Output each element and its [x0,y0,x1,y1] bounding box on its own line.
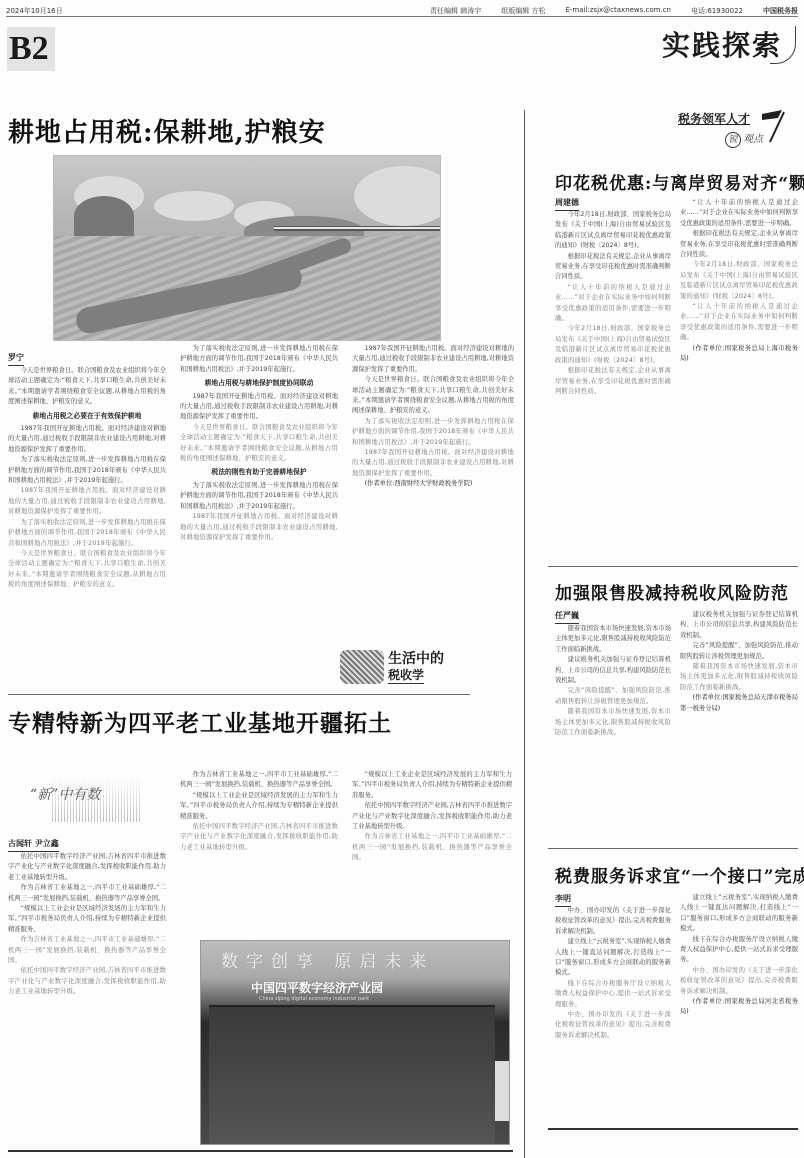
byline-farmland: 罗宁 [8,352,24,366]
column-badge: 税务领军人才 [678,110,750,127]
paragraph-filler: 随着我国资本市场快速发展,资本市场主体更加多元化,限售股减持税收风险防范工作面临… [680,662,798,693]
headline-siping[interactable]: 专精特新为四平老工业基地开疆拓土 [8,705,392,738]
paragraph-filler: 中办、国办印发的《关于进一步深化税收征管改革的意见》提出,完善税费服务诉求解决机… [680,966,798,997]
paragraph-filler: “让人十年前的纳税人是通过企业……”对于企业在实际业务中如何判断享受优惠政策的适… [555,283,671,325]
editor-credit: 责任编辑 韩涛宇 [430,6,481,16]
paragraph-filler: 依托中国四平数字经济产业园,吉林省四平市推进数字产业化与产业数字化深度融合,发挥… [180,822,338,853]
paragraph: “规模以上工业企业是区域经济发展的主力军和生力军。”四平市税务局负责人介绍,持续… [8,904,166,935]
paragraph: 随着我国资本市场快速发展,资本市场主体更加多元化,限售股减持税收风险防范工作面临… [555,624,671,655]
paragraph: 1987年我国开征耕地占用税。面对经济建设对耕地的大量占用,通过税收手段限制非农… [8,424,166,455]
paragraph: 完善“风险提醒”、加强风险防范,推动限售股转让涉税管理更加规范。 [680,641,798,662]
byline-stamp-duty: 周建德 [555,197,579,211]
flag-icon [760,108,788,144]
column-tag-label: “新”中有数 [30,787,100,803]
byline-tax-service: 李明 [555,893,571,907]
photo-display-screen [209,1005,495,1144]
paragraph: 根据印花税法有关规定,企业从事离岸贸易业务,在享受印花税优惠时需准确判断合同性质… [680,229,798,260]
paragraph: 作为吉林省工业基地之一,四平市工业基础雄厚,“二机两三一园”发展换挡,装载机、换… [180,770,338,791]
paragraph: 为了落实税收法定原则,进一步发挥耕地占用税在保护耕地方面的调节作用,我国于201… [180,344,338,375]
farmland-illustration [53,155,441,341]
paragraph: “让人十年前的纳税人是通过企业……”对于企业在实际业务中如何判断享受优惠政策的适… [680,198,798,229]
author-unit: (作者单位:国家税务总局天津市税务局第一税务分局) [680,693,798,714]
tax-service-column-1: 中办、国办印发的《关于进一步深化税收征管改革的意见》提出,完善税费服务诉求解决机… [555,906,671,1126]
badge-line-1: 生活中的 [388,648,444,668]
paragraph: 今年2月18日,财政部、国家税务总局发布《关于中国(上海)自由贸易试验区及临港新… [555,210,671,252]
paper-name: 中国税务报 [763,6,798,16]
byline-restricted-shares: 任严巍 [555,610,579,624]
siping-column-3: “规模以上工业企业是区域经济发展的主力军和生力军。”四平市税务局负责人介绍,持续… [352,770,512,930]
paragraph: 1987年我国开征耕地占用税。面对经济建设对耕地的大量占用,通过税收手段限制非农… [180,392,338,423]
subhead: 税法的刚性有助于完善耕地保护 [180,467,338,477]
paragraph-filler: 中办、国办印发的《关于进一步深化税收征管改革的意见》提出,完善税费服务诉求解决机… [555,1010,671,1041]
paragraph: 线下在综合办税服务厅设立纳税人缴费人权益保护中心,提供一站式诉求受理服务。 [680,935,798,966]
paragraph: “规模以上工业企业是区域经济发展的主力军和生力军。”四平市税务局负责人介绍,持续… [352,770,512,801]
section-divider [548,848,798,849]
headline-stamp-duty[interactable]: 印花税优惠:与离岸贸易对齐“颗粒度” [555,169,804,194]
masthead-rule [6,16,798,17]
restricted-shares-column-1: 随着我国资本市场快速发展,资本市场主体更加多元化,限售股减持税收风险防范工作面临… [555,624,671,834]
section-decoration [770,26,796,64]
farmland-column-2: 为了落实税收法定原则,进一步发挥耕地占用税在保护耕地方面的调节作用,我国于201… [180,344,338,644]
column-badge-sub: 锐观点 [725,130,763,148]
paragraph-filler: 依托中国四平数字经济产业园,吉林省四平市推进数字产业化与产业数字化深度融合,发挥… [8,966,166,997]
page-bottom-rule [548,1128,798,1130]
author-unit: (作者单位:西南财经大学财政税务学院) [352,479,514,489]
tax-service-column-2: 建立线上“云税务室”,实现纳税人缴费人线上一键直达问题解决,打造线上“一口”服务… [680,893,798,1125]
stamp-duty-column-2: “让人十年前的纳税人是通过企业……”对于企业在实际业务中如何判断享受优惠政策的适… [680,198,798,550]
industrial-park-photo: 数字创享 原启未来 中国四平数字经济产业园 China siping digit… [200,940,510,1145]
paragraph: 建立线上“云税务室”,实现纳税人缴费人线上一键直达问题解决,打造线上“一口”服务… [680,893,798,935]
restricted-shares-column-2: 建议税务机关加强与证券登记结算机构、上市公司的信息共享,构建风险防范长效机制。 … [680,610,798,832]
headline-restricted-shares[interactable]: 加强限售股减持税收风险防范 [555,579,789,604]
headline-tax-service[interactable]: 税费服务诉求宜“一个接口”完成 [555,862,804,887]
siping-column-2: 作为吉林省工业基地之一,四平市工业基础雄厚,“二机两三一园”发展换挡,装载机、换… [180,770,338,930]
designer-credit: 组版编辑 方松 [501,6,545,16]
farmland-column-3: 1987年我国开征耕地占用税。面对经济建设对耕地的大量占用,通过税收手段限制非农… [352,344,514,640]
column-tag: “新”中有数 [12,770,132,820]
author-unit: (作者单位:国家税务总局上海市税务局) [680,344,798,365]
paragraph-filler: 为了落实税收法定原则,进一步发挥耕地占用税在保护耕地方面的调节作用,我国于201… [352,417,514,448]
section-divider [8,694,470,695]
badge-circle-icon: 锐 [725,132,741,148]
paragraph-filler: 今天是世界粮食日。联合国粮食及农业组织将今年全球活动主题确定为:“粮食天下,共享… [180,423,338,465]
column-divider [524,110,525,1158]
subhead: 耕地占用税之必要在于有效保护耕地 [8,411,166,421]
byline-siping: 古闻轩 尹立鑫 [8,838,59,852]
paragraph: “规模以上工业企业是区域经济发展的主力军和生力军。”四平市税务局负责人介绍,持续… [180,791,338,822]
paragraph-filler: 作为吉林省工业基地之一,四平市工业基础雄厚,“二机两三一园”发展换挡,装载机、换… [8,935,166,966]
paragraph-filler: 根据印花税法有关规定,企业从事离岸贸易业务,在享受印花税优惠时需准确判断合同性质… [555,366,671,397]
paragraph: 依托中国四平数字经济产业园,吉林省四平市推进数字产业化与产业数字化深度融合,发挥… [8,852,166,883]
paragraph-filler: 1987年我国开征耕地占用税。面对经济建设对耕地的大量占用,通过税收手段限制非农… [8,486,166,517]
paragraph-filler: 线下在综合办税服务厅设立纳税人缴费人权益保护中心,提供一站式诉求受理服务。 [555,979,671,1010]
badge-line-2: 税收学 [388,666,424,684]
photo-wall-slogan: 数字创享 原启未来 [221,947,434,972]
photo-sign-en: China siping digital economy industrial … [259,996,369,1002]
badge-sub-label: 观点 [743,134,763,145]
paragraph: 为了落实税收法定原则,进一步发挥耕地占用税在保护耕地方面的调节作用,我国于201… [180,481,338,512]
headline-farmland[interactable]: 耕地占用税:保耕地,护粮安 [8,112,326,149]
paragraph: 建议税务机关加强与证券登记结算机构、上市公司的信息共享,构建风险防范长效机制。 [555,655,671,686]
paragraph-filler: 今天是世界粮食日。联合国粮食及农业组织将今年全球活动主题确定为:“粮食天下,共享… [8,549,166,591]
paragraph-filler: 随着我国资本市场快速发展,资本市场主体更加多元化,限售股减持税收风险防范工作面临… [555,707,671,738]
paragraph-filler: 作为吉林省工业基地之一,四平市工业基础雄厚,“二机两三一园”发展换挡,装载机、换… [352,832,512,863]
paragraph: 根据印花税法有关规定,企业从事离岸贸易业务,在享受印花税优惠时需准确判断合同性质… [555,252,671,283]
email-link[interactable]: E-mail:zsjx@ctaxnews.com.cn [565,6,671,16]
paragraph: 今天是世界粮食日。联合国粮食及农业组织将今年全球活动主题确定为:“粮食天下,共享… [352,375,514,417]
farmland-column-1: 今天是世界粮食日。联合国粮食及农业组织将今年全球活动主题确定为:“粮食天下,共享… [8,366,166,676]
siping-column-1: 依托中国四平数字经济产业园,吉林省四平市推进数字产业化与产业数字化深度融合,发挥… [8,852,166,1152]
paragraph-filler: 完善“风险提醒”、加强风险防范,推动限售股转让涉税管理更加规范。 [555,686,671,707]
life-tax-badge: 生活中的 税收学 [340,648,490,688]
photo-sign: 中国四平数字经济产业园 [251,979,383,996]
photo-side-panel [495,1061,509,1121]
paragraph-filler: 今年2月18日,财政部、国家税务总局发布《关于中国(上海)自由贸易试验区及临港新… [680,260,798,302]
paragraph: 作为吉林省工业基地之一,四平市工业基础雄厚,“二机两三一园”发展换挡,装载机、换… [8,883,166,904]
paragraph: 建议税务机关加强与证券登记结算机构、上市公司的信息共享,构建风险防范长效机制。 [680,610,798,641]
paragraph: 今天是世界粮食日。联合国粮食及农业组织将今年全球活动主题确定为:“粮食天下,共享… [8,366,166,408]
shopping-cart-icon [340,650,384,684]
paragraph-filler: 今年2月18日,财政部、国家税务总局发布《关于中国(上海)自由贸易试验区及临港新… [555,324,671,366]
paragraph-filler: 1987年我国开征耕地占用税。面对经济建设对耕地的大量占用,通过税收手段限制非农… [180,512,338,543]
phone-number: 电话:61930022 [691,6,743,16]
paragraph: 1987年我国开征耕地占用税。面对经济建设对耕地的大量占用,通过税收手段限制非农… [352,344,514,375]
section-divider [548,566,798,567]
paragraph-filler: 1987年我国开征耕地占用税。面对经济建设对耕地的大量占用,通过税收手段限制非农… [352,448,514,479]
section-title: 实践探索 [662,24,782,64]
paragraph: 依托中国四平数字经济产业园,吉林省四平市推进数字产业化与产业数字化深度融合,发挥… [352,801,512,832]
page-number: B2 [7,27,55,71]
issue-date: 2024年10月16日 [6,6,63,16]
paragraph-filler: 为了落实税收法定原则,进一步发挥耕地占用税在保护耕地方面的调节作用,我国于201… [8,518,166,549]
masthead-meta: 责任编辑 韩涛宇 组版编辑 方松 E-mail:zsjx@ctaxnews.co… [430,6,798,16]
stamp-duty-column-1: 今年2月18日,财政部、国家税务总局发布《关于中国(上海)自由贸易试验区及临港新… [555,210,671,550]
paragraph-filler: “让人十年前的纳税人是通过企业……”对于企业在实际业务中如何判断享受优惠政策的适… [680,302,798,344]
page-bottom-rule [8,1150,513,1152]
paragraph: 为了落实税收法定原则,进一步发挥耕地占用税在保护耕地方面的调节作用,我国于201… [8,455,166,486]
author-unit: (作者单位:国家税务总局河北省税务局) [680,997,798,1018]
paragraph: 建立线上“云税务室”,实现纳税人缴费人线上一键直达问题解决,打造线上“一口”服务… [555,937,671,979]
subhead: 耕地占用税与耕地保护制度协同联动 [180,378,338,388]
paragraph: 中办、国办印发的《关于进一步深化税收征管改革的意见》提出,完善税费服务诉求解决机… [555,906,671,937]
